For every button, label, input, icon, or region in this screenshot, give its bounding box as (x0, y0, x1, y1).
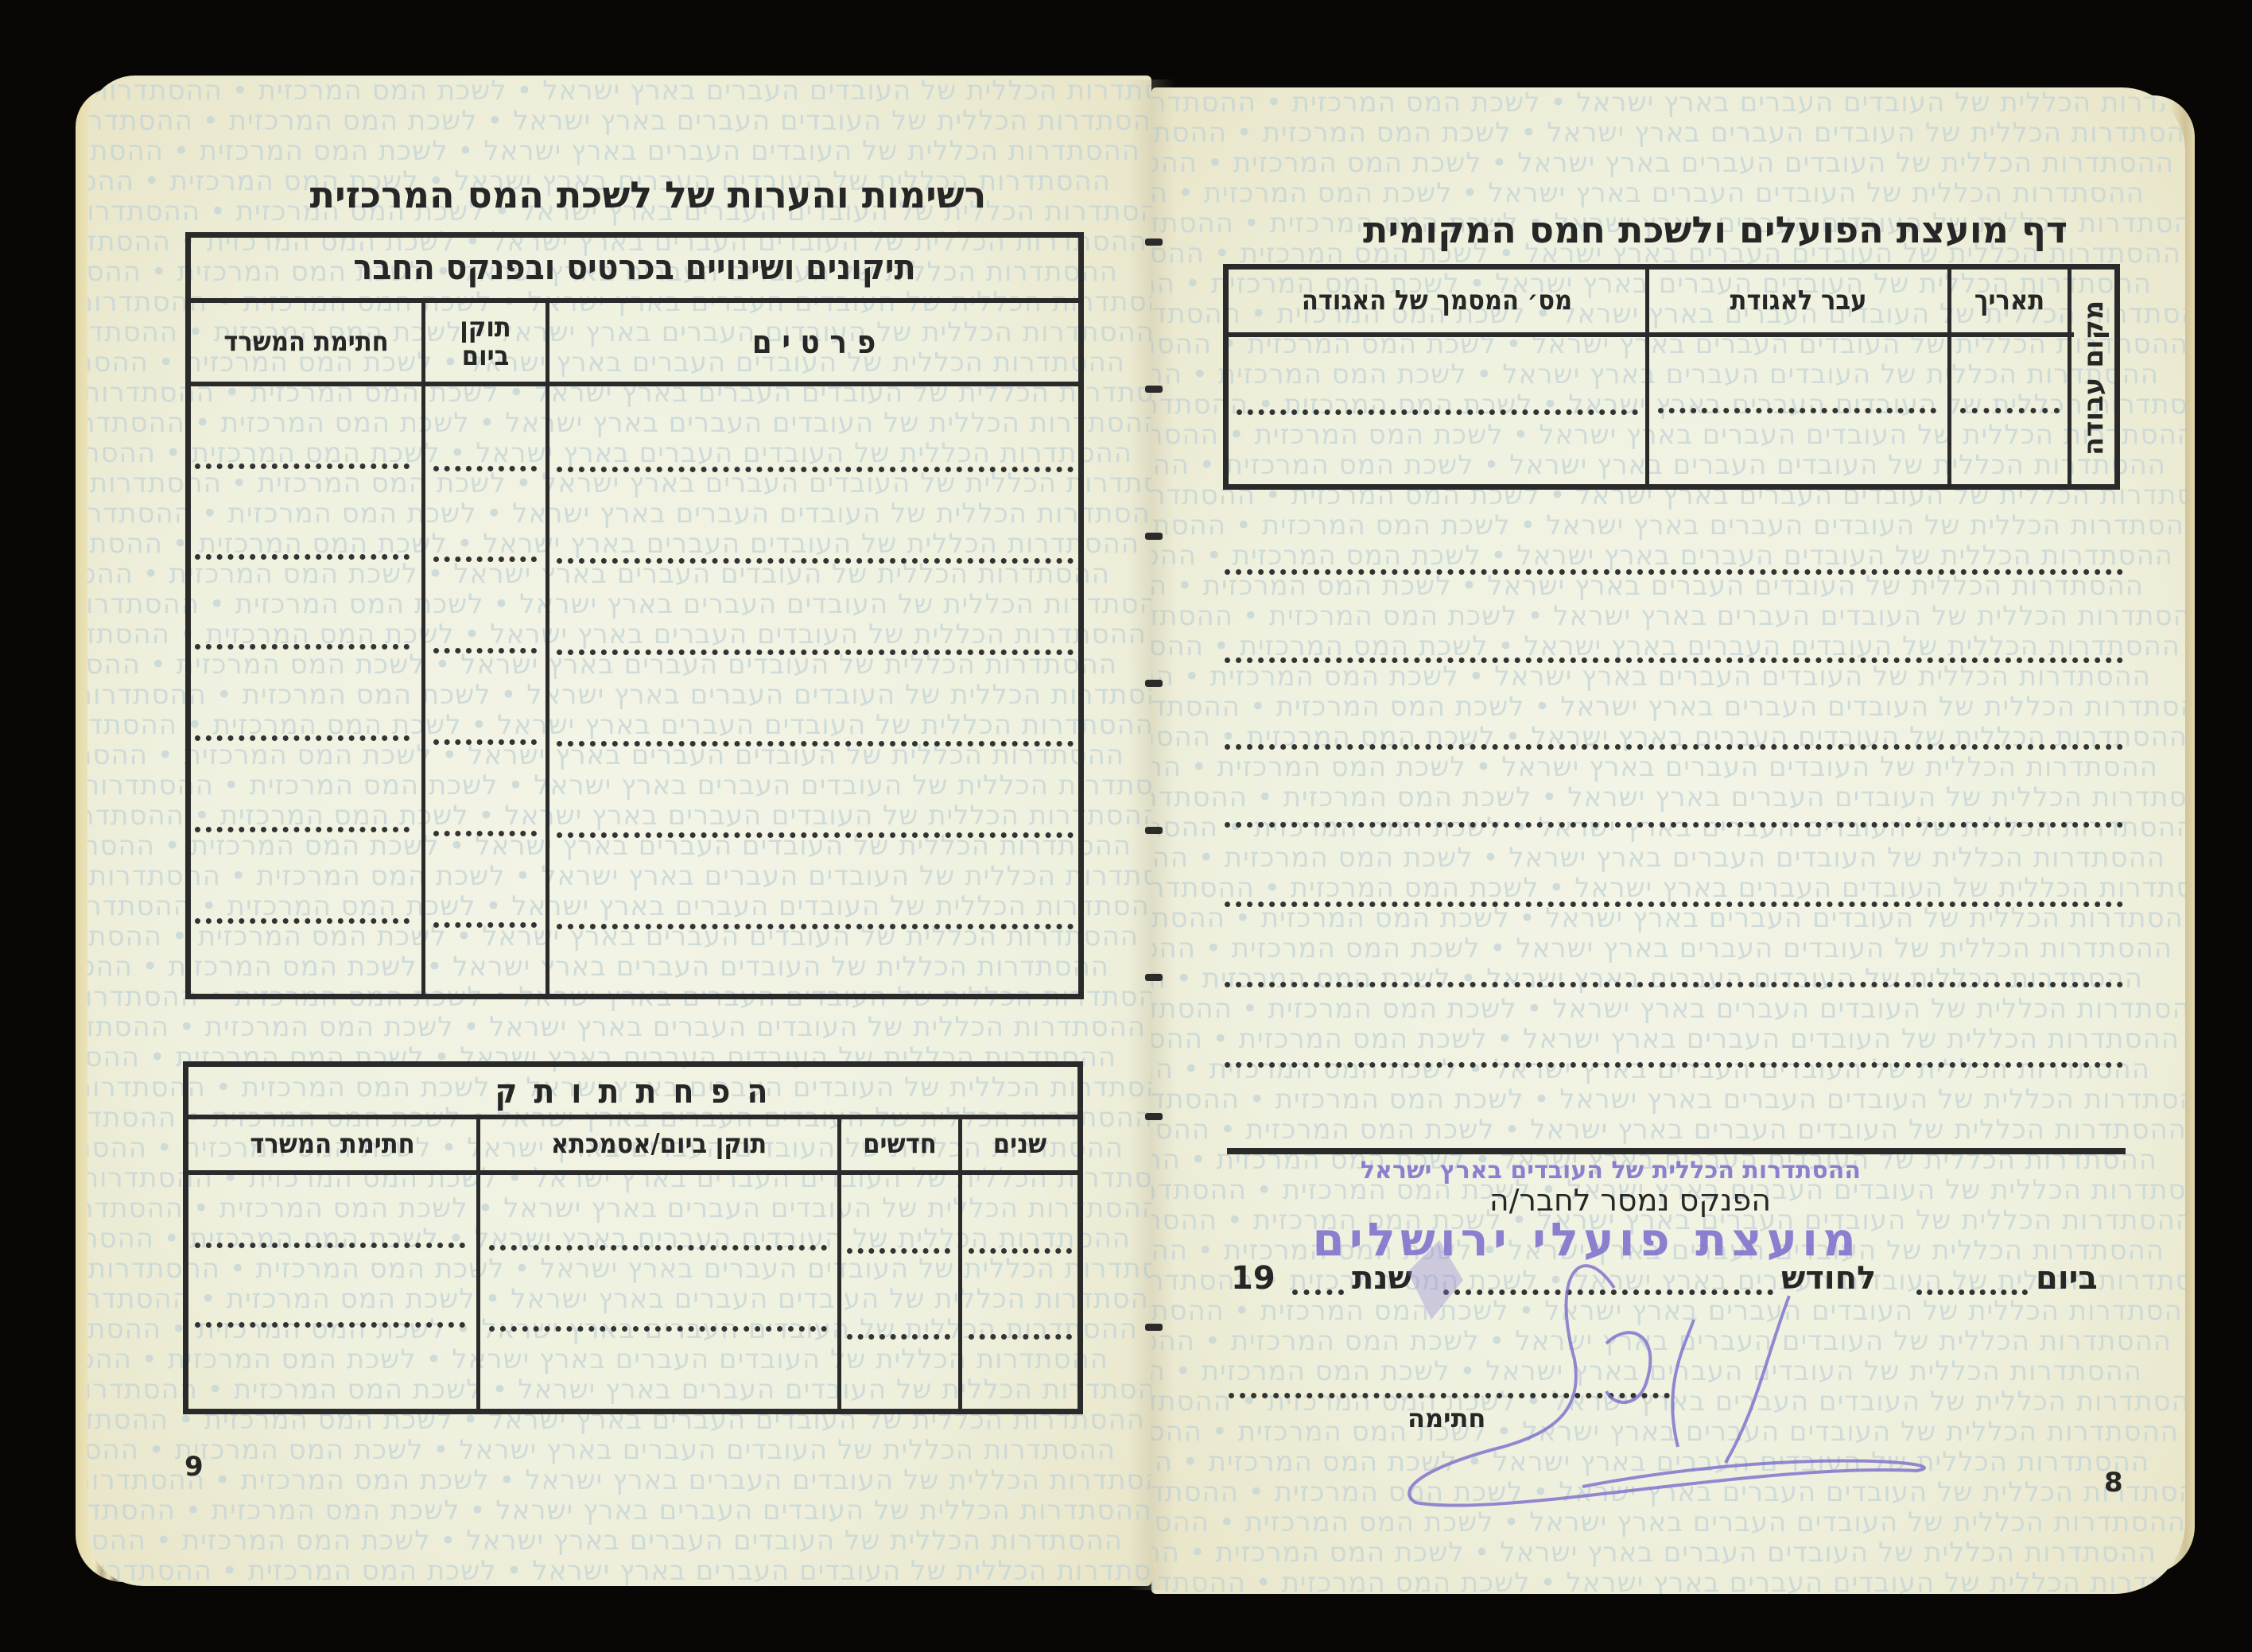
seniority-table-heading: ה פ ח ת ת ו ת ק (188, 1067, 1077, 1116)
security-pattern-line: ההסתדרות הכללית של העובדים העברים בארץ י… (87, 136, 1140, 166)
security-pattern-line: ההסתדרות הכללית של העובדים העברים בארץ י… (1151, 812, 2185, 843)
security-pattern-line: ההסתדרות הכללית של העובדים העברים בארץ י… (1151, 873, 2185, 903)
column-header-months: חדשים (841, 1119, 958, 1170)
security-pattern-line: ההסתדרות הכללית של העובדים העברים בארץ י… (1151, 692, 2185, 722)
entry-line[interactable] (557, 741, 1074, 747)
entry-line[interactable] (433, 466, 537, 471)
day-label: ביום (2036, 1260, 2098, 1297)
security-pattern-line: ההסתדרות הכללית של העובדים העברים בארץ י… (87, 1495, 1151, 1526)
corrections-table-heading: תיקונים ושינויים בכרטיס ובפנקס החבר (191, 237, 1078, 299)
entry-line[interactable] (433, 831, 537, 836)
entry-line[interactable] (195, 463, 410, 469)
entry-line[interactable] (1658, 408, 1936, 413)
column-header-transferred-to: עבר לאגודת (1649, 270, 1947, 332)
column-header-details: פ ר ט י ם (549, 303, 1078, 382)
security-pattern-line: ההסתדרות הכללית של העובדים העברים בארץ י… (1151, 178, 2145, 208)
divider (546, 302, 549, 998)
note-line[interactable] (1225, 569, 2123, 575)
entry-line[interactable] (557, 924, 1074, 929)
booklet-spread: ההסתדרות הכללית של העובדים העברים בארץ י… (0, 0, 2252, 1652)
entry-line[interactable] (489, 1326, 827, 1332)
entry-line[interactable] (195, 554, 410, 560)
entry-line[interactable] (433, 922, 537, 928)
security-pattern-line: ההסתדרות הכללית של העובדים העברים בארץ י… (1151, 601, 2185, 631)
security-pattern-line: ההסתדרות הכללית של העובדים העברים בארץ י… (1151, 782, 2185, 812)
gutter-mark (1145, 1324, 1163, 1331)
separator-line (1227, 1148, 2126, 1154)
gutter-mark (1145, 386, 1163, 393)
gutter-mark (1145, 680, 1163, 687)
entry-line[interactable] (847, 1334, 950, 1340)
column-header-corrected-on: תוקן ביום (425, 303, 546, 382)
security-pattern-line: ההסתדרות הכללית של העובדים העברים בארץ י… (1151, 1507, 2185, 1538)
entry-line[interactable] (557, 467, 1074, 472)
handwritten-signature (1344, 1224, 1996, 1495)
column-header-union-document-no: מס׳ המסמך של האגודה (1229, 270, 1645, 332)
entry-line[interactable] (433, 648, 537, 653)
workplace-vertical-label: מקום עבודה (2073, 270, 2114, 485)
handover-text: הפנקס נמסר לחבר/ה (1431, 1183, 1829, 1218)
security-pattern-line: ההסתדרות הכללית של העובדים העברים בארץ י… (1151, 1084, 2185, 1115)
security-pattern-line: ההסתדרות הכללית של העובדים העברים בארץ י… (87, 106, 1151, 136)
right-page-title: דף מועצת הפועלים ולשכת חמס המקומית (1241, 208, 2068, 251)
divider (183, 1170, 1083, 1175)
divider (421, 302, 425, 998)
security-pattern-line: ההסתדרות הכללית של העובדים העברים בארץ י… (87, 1556, 1151, 1586)
left-page-title: רשימות והערות של לשכת המס המרכזית (239, 173, 1058, 216)
entry-line[interactable] (195, 644, 410, 650)
divider (2068, 268, 2071, 488)
note-line[interactable] (1225, 1062, 2123, 1068)
entry-line[interactable] (195, 918, 410, 924)
security-pattern-line: ההסתדרות הכללית של העובדים העברים בארץ י… (1151, 1024, 2180, 1054)
gutter-mark (1145, 974, 1163, 981)
security-pattern-line: ההסתדרות הכללית של העובדים העברים בארץ י… (1151, 752, 2158, 782)
security-pattern-line: ההסתדרות הכללית של העובדים העברים בארץ י… (1151, 933, 2172, 964)
entry-line[interactable] (847, 1248, 950, 1254)
entry-line[interactable] (969, 1248, 1072, 1254)
entry-line[interactable] (1237, 409, 1638, 415)
security-pattern-line: ההסתדרות הכללית של העובדים העברים בארץ י… (1151, 1054, 2150, 1084)
security-pattern-line: ההסתדרות הכללית של העובדים העברים בארץ י… (1151, 148, 2174, 178)
security-pattern-line: ההסתדרות הכללית של העובדים העברים בארץ י… (1151, 1538, 2157, 1568)
stamp-organization: ההסתדרות הכללית של העובדים בארץ ישראל (1368, 1157, 1861, 1185)
security-pattern-line: ההסתדרות הכללית של העובדים העברים בארץ י… (1151, 903, 2185, 933)
security-pattern-line: ההסתדרות הכללית של העובדים העברים בארץ י… (1151, 1568, 2185, 1594)
gutter-mark (1145, 533, 1163, 540)
column-header-line: ביום (462, 343, 509, 371)
column-header-line: תוקן (460, 314, 511, 343)
security-pattern-line: ההסתדרות הכללית של העובדים העברים בארץ י… (1151, 510, 2185, 541)
entry-line[interactable] (195, 827, 410, 832)
security-pattern-line: ההסתדרות הכללית של העובדים העברים בארץ י… (87, 1465, 1151, 1495)
entry-line[interactable] (557, 558, 1074, 564)
century-prefix: 19 (1231, 1260, 1275, 1297)
year-field[interactable] (1292, 1289, 1344, 1295)
note-line[interactable] (1225, 822, 2123, 828)
page-number: 9 (184, 1451, 204, 1483)
column-header-corrected-reference: תוקן ביום/אסמכתא (480, 1119, 837, 1170)
column-header-years: שנים (962, 1119, 1077, 1170)
column-header-office-signature: חתימת המשרד (188, 1119, 476, 1170)
entry-line[interactable] (1960, 408, 2060, 413)
entry-line[interactable] (195, 1243, 465, 1248)
entry-line[interactable] (195, 735, 410, 741)
note-line[interactable] (1225, 744, 2123, 750)
gutter-mark (1145, 1113, 1163, 1120)
note-line[interactable] (1225, 902, 2123, 907)
gutter-mark (1145, 827, 1163, 834)
entry-line[interactable] (433, 739, 537, 745)
security-pattern-line: ההסתדרות הכללית של העובדים העברים בארץ י… (87, 76, 1151, 106)
security-pattern-line: ההסתדרות הכללית של העובדים העברים בארץ י… (87, 1435, 1116, 1465)
security-pattern-line: ההסתדרות הכללית של העובדים העברים בארץ י… (87, 1526, 1123, 1556)
security-pattern-line: ההסתדרות הכללית של העובדים העברים בארץ י… (1151, 87, 2185, 118)
security-pattern-line: ההסתדרות הכללית של העובדים העברים בארץ י… (1151, 571, 2144, 601)
gutter (1128, 79, 1175, 1590)
entry-line[interactable] (557, 650, 1074, 655)
divider (185, 382, 1084, 386)
security-pattern-line: ההסתדרות הכללית של העובדים העברים בארץ י… (1151, 661, 2151, 692)
column-header-office-signature: חתימת המשרד (191, 303, 421, 382)
gutter-mark (1145, 238, 1163, 246)
security-pattern-line: ההסתדרות הכללית של העובדים העברים בארץ י… (1151, 843, 2165, 873)
note-line[interactable] (1225, 982, 2123, 987)
entry-line[interactable] (433, 556, 537, 562)
security-pattern-line: ההסתדרות הכללית של העובדים העברים בארץ י… (1151, 541, 2173, 571)
column-header-date: תאריך (1951, 270, 2068, 332)
note-line[interactable] (1225, 657, 2123, 663)
entry-line[interactable] (557, 832, 1074, 838)
entry-line[interactable] (195, 1322, 465, 1328)
entry-line[interactable] (489, 1245, 827, 1251)
page-number: 8 (2104, 1467, 2123, 1499)
security-pattern-line: ההסתדרות הכללית של העובדים העברים בארץ י… (1151, 964, 2143, 994)
security-pattern-line: ההסתדרות הכללית של העובדים העברים בארץ י… (87, 1012, 1146, 1042)
entry-line[interactable] (969, 1334, 1072, 1340)
security-pattern-line: ההסתדרות הכללית של העובדים העברים בארץ י… (1151, 118, 2185, 148)
security-pattern-line: ההסתדרות הכללית של העובדים העברים בארץ י… (1151, 994, 2185, 1024)
security-pattern-line: ההסתדרות הכללית של העובדים העברים בארץ י… (1151, 1115, 2185, 1145)
